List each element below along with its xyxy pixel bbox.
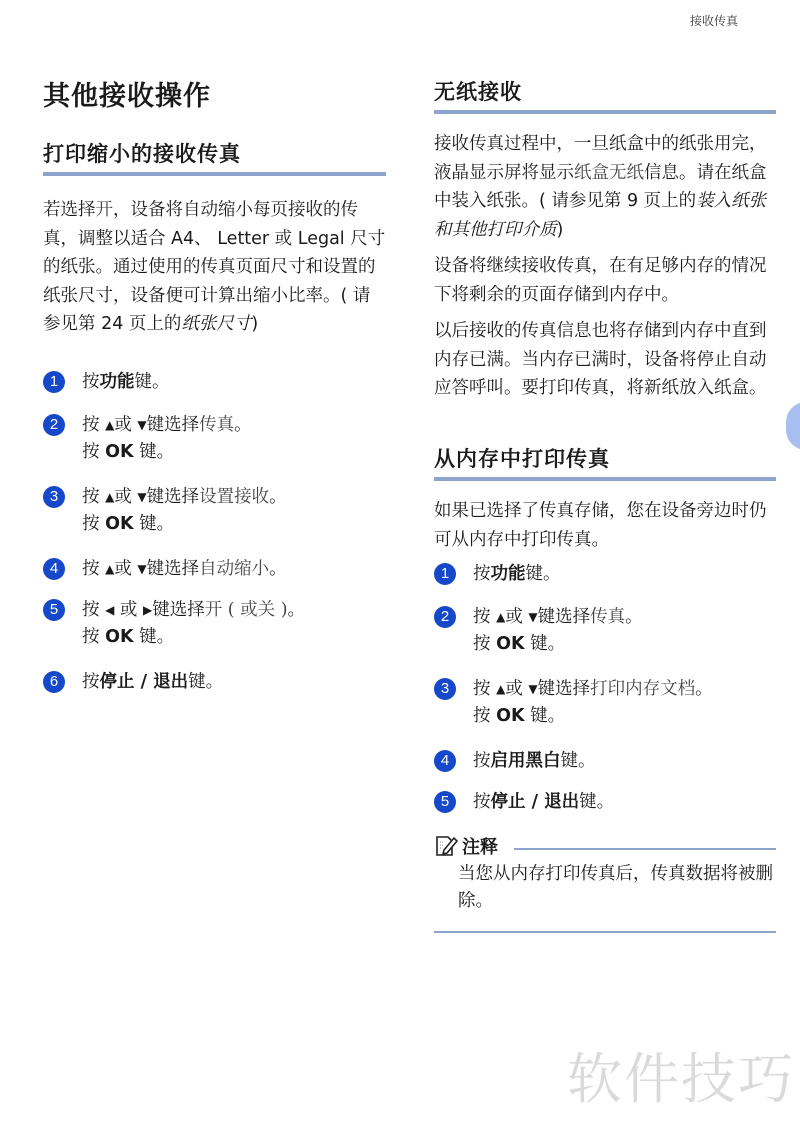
running-header: 接收传真 (690, 12, 738, 29)
page-title: 其他接收操作 (43, 74, 211, 113)
down-arrow-icon: ▼ (528, 682, 537, 696)
step-item: 3 按 ▲或 ▼键选择设置接收。按 OK 键。 (43, 484, 388, 538)
up-arrow-icon: ▲ (496, 682, 505, 696)
steps-list: 1 按功能键。 2 按 ▲或 ▼键选择传真。按 OK 键。 3 按 ▲或 ▼键选… (43, 369, 388, 696)
section-title: 无纸接收 (434, 76, 776, 114)
step-item: 5 按 ◀ 或 ▶键选择开 ( 或关 )。按 OK 键。 (43, 597, 388, 651)
note-box: 注释 当您从内存打印传真后，传真数据将被删除。 (434, 833, 776, 933)
section-title: 打印缩小的接收传真 (43, 138, 386, 176)
section-paragraph: 如果已选择了传真存储，您在设备旁边时仍可从内存中打印传真。 (434, 497, 776, 554)
step-item: 5 按停止 / 退出键。 (434, 789, 776, 816)
note-divider-bottom (434, 931, 776, 933)
menu-value: 开 ( 或关 ) (205, 600, 288, 620)
steps-list: 1 按功能键。 2 按 ▲或 ▼键选择传真。按 OK 键。 3 按 ▲或 ▼键选… (434, 561, 776, 816)
step-number-badge: 3 (43, 486, 65, 508)
step-number-badge: 4 (434, 750, 456, 772)
step-number-badge: 6 (43, 671, 65, 693)
section-reduce-print: 打印缩小的接收传真 若选择开，设备将自动缩小每页接收的传真，调整以适合 A4、 … (43, 138, 386, 339)
right-arrow-icon: ▶ (143, 603, 152, 617)
step-number-badge: 3 (434, 678, 456, 700)
note-text: 当您从内存打印传真后，传真数据将被删除。 (458, 861, 776, 915)
chapter-side-tab (786, 402, 800, 450)
down-arrow-icon: ▼ (137, 490, 146, 504)
menu-value: 设置接收 (199, 487, 269, 507)
step-number-badge: 1 (434, 563, 456, 585)
menu-value: 传真 (590, 607, 625, 627)
up-arrow-icon: ▲ (496, 610, 505, 624)
menu-value: 自动缩小 (199, 559, 269, 579)
step-number-badge: 2 (43, 414, 65, 436)
step-item: 2 按 ▲或 ▼键选择传真。按 OK 键。 (43, 412, 388, 466)
down-arrow-icon: ▼ (528, 610, 537, 624)
section-paperless-receive: 无纸接收 接收传真过程中，一旦纸盒中的纸张用完，液晶显示屏将显示纸盒无纸信息。请… (434, 76, 776, 403)
step-number-badge: 5 (43, 599, 65, 621)
menu-value: 纸盒无纸 (574, 163, 644, 183)
section-paragraph: 接收传真过程中，一旦纸盒中的纸张用完，液晶显示屏将显示纸盒无纸信息。请在纸盒中装… (434, 130, 776, 244)
down-arrow-icon: ▼ (137, 562, 146, 576)
step-number-badge: 5 (434, 791, 456, 813)
step-item: 2 按 ▲或 ▼键选择传真。按 OK 键。 (434, 604, 776, 658)
note-divider (514, 848, 776, 850)
step-item: 3 按 ▲或 ▼键选择打印内存文档。按 OK 键。 (434, 676, 776, 730)
step-item: 4 按启用黑白键。 (434, 748, 776, 775)
up-arrow-icon: ▲ (105, 490, 114, 504)
step-item: 4 按 ▲或 ▼键选择自动缩小。 (43, 556, 388, 583)
up-arrow-icon: ▲ (105, 418, 114, 432)
step-item: 1 按功能键。 (43, 369, 388, 396)
section-print-from-memory: 从内存中打印传真 如果已选择了传真存储，您在设备旁边时仍可从内存中打印传真。 (434, 443, 776, 554)
step-number-badge: 1 (43, 371, 65, 393)
section-paragraph: 以后接收的传真信息也将存储到内存中直到内存已满。当内存已满时，设备将停止自动应答… (434, 317, 776, 403)
menu-value: 打印内存文档 (590, 679, 695, 699)
up-arrow-icon: ▲ (105, 562, 114, 576)
left-arrow-icon: ◀ (105, 603, 114, 617)
watermark: 软件技巧 (567, 1035, 795, 1114)
section-title: 从内存中打印传真 (434, 443, 776, 481)
step-item: 1 按功能键。 (434, 561, 776, 588)
down-arrow-icon: ▼ (137, 418, 146, 432)
step-number-badge: 2 (434, 606, 456, 628)
section-paragraph: 设备将继续接收传真，在有足够内存的情况下将剩余的页面存储到内存中。 (434, 252, 776, 309)
step-item: 6 按停止 / 退出键。 (43, 669, 388, 696)
cross-reference-link[interactable]: 纸张尺寸 (181, 314, 251, 334)
note-pencil-icon (434, 834, 458, 858)
menu-value: 开 (96, 200, 114, 220)
section-paragraph: 若选择开，设备将自动缩小每页接收的传真，调整以适合 A4、 Letter 或 L… (43, 196, 386, 339)
note-label: 注释 (462, 833, 498, 859)
menu-value: 传真 (199, 415, 234, 435)
step-number-badge: 4 (43, 558, 65, 580)
